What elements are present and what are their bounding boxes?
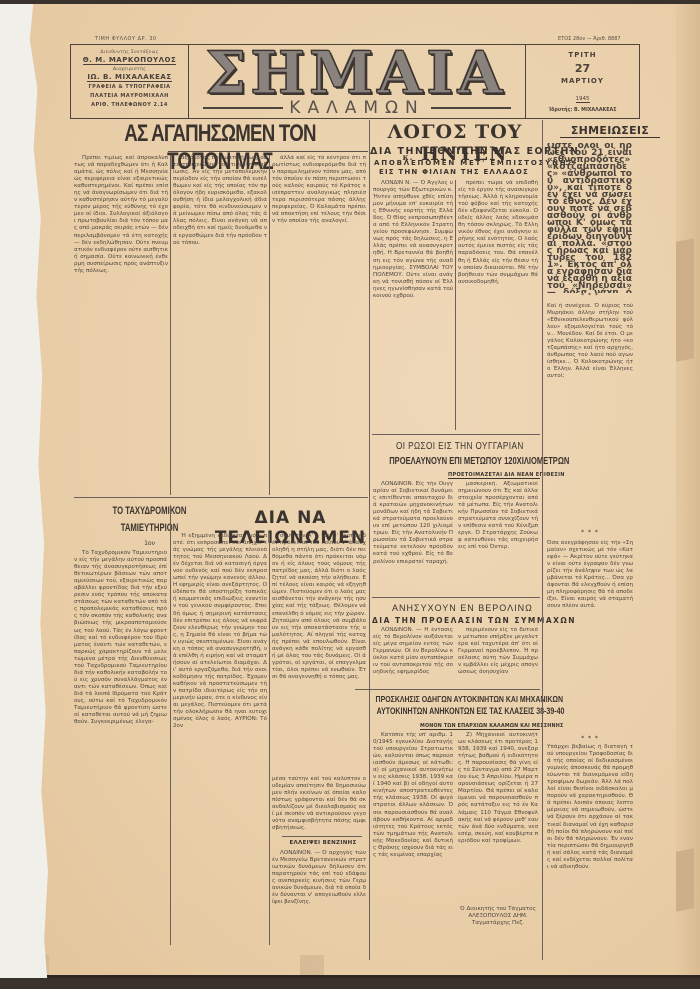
- russians-col-2: μασκερική. Αξιωματικοί σημειώνουν ότι Ές…: [458, 481, 538, 593]
- masthead: Διευθυντής Συντάξεως Θ. Μ. ΜΑΡΚΟΠΟΥΛΟΣ Δ…: [70, 44, 640, 119]
- notes-p3: Όσα ανεγράφησαν είς τήν «Σημαίαν» σχετικ…: [547, 540, 633, 735]
- section-rule: [282, 836, 362, 837]
- notes-separator: * * *: [540, 292, 640, 299]
- eden-deck-1: ΑΠΟΒΛΕΠΟΜΕΝ ΜΕΤ' ΕΜΠΙΣΤΟΣΥΝΗΣ: [374, 159, 534, 167]
- russians-deck: ΠΡΟΕΤΟΙΜΑΖΕΤΑΙ ΔΙΑ ΝΕΑΝ ΕΠΙΘΕΣΙΝ: [448, 472, 540, 479]
- column-rule: [170, 155, 171, 495]
- notes-separator: * * *: [540, 735, 640, 742]
- scan-border-bottom: [0, 978, 700, 989]
- russians-headline-2: ΠΡΟΕΛΑΥΝΟΥΝ ΕΠΙ ΜΕΤΩΠΟΥ 120ΧΙΛΙΟΜΕΤΡΩΝ: [389, 455, 519, 467]
- eden-subhead: ΔΙΑ ΤΗΝ ΕΘΝΙΚΗΝ ΜΑΣ ΕΟΡΤΗΝ: [370, 146, 535, 157]
- issue-number: ΕΤΟΣ 28ον — Άριθ. 8887: [558, 36, 621, 42]
- masthead-credits: Διευθυντής Συντάξεως Θ. Μ. ΜΑΡΚΟΠΟΥΛΟΣ Δ…: [71, 45, 189, 118]
- eden-deck-2: ΕΙΣ ΤΗΝ ΦΙΛΙΑΝ ΤΗΣ ΕΛΛΑΔΟΣ: [374, 168, 534, 176]
- section-rule: [372, 434, 540, 435]
- manager-label: Διαχειριστής: [71, 67, 188, 72]
- director-name: Θ. Μ. ΜΑΡΚΟΠΟΥΛΟΣ: [71, 56, 188, 64]
- weekday: ΤΡΙΤΗ: [526, 51, 639, 59]
- masthead-date: ΤΡΙΤΗ 27 ΜΑΡΤΙΟΥ 1945 Ίδρυτής: Β. ΜΙΧΑΛΑ…: [525, 45, 639, 118]
- manager-name: ΙΩ. Β. ΜΙΧΑΛΑΚΕΑΣ: [71, 73, 188, 81]
- berlin-headline-1: ΑΝΗΣΥΧΟΥΝ ΕΝ ΒΕΡΟΛΙΝΩ: [392, 603, 532, 613]
- drivers-deck: ΜΟΝΟΝ ΤΩΝ ΕΠΑΡΧΙΩΝ ΚΑΛΑΜΩΝ ΚΑΙ ΜΕΣΣΗΝΗΣ: [420, 724, 540, 730]
- petrol-preamble: μέσα ταύτην καί τού καλύπτον ουδεμίαν απ…: [272, 776, 366, 832]
- column-rule: [170, 505, 171, 945]
- scan-border-top: [0, 0, 700, 4]
- subtitle-rule-right: [431, 107, 511, 109]
- column-rule: [455, 180, 456, 430]
- russians-col-1: ΛΟΝΔΙΝΟΝ. Είς τήν Ουγγαρίαν αί Σοβιετικα…: [373, 481, 453, 593]
- notes-separator: * * *: [540, 529, 640, 536]
- director-label: Διευθυντής Συντάξεως: [71, 50, 188, 55]
- main-article-col-3: άλλά καί είς τό κέντρον ότι πρωτίστως εν…: [272, 155, 366, 500]
- finish-col-2: σουν τον Α' ή τόν Β' σκοπόν δέν πρόκειτα…: [272, 533, 366, 773]
- notes-p2: Καί ή συνέχεια. Ό κύριος τού Μυρηάκει άλ…: [547, 303, 633, 528]
- russians-headline-1: ΟΙ ΡΩΣΟΙ ΕΙΣ ΤΗΝ ΟΥΓΓΑΡΙΑΝ: [396, 441, 523, 452]
- postal-article: Τό Ταχυδρομικόν Ταμιευτήριον είς τήν μεγ…: [74, 550, 167, 945]
- column-rule: [542, 120, 543, 960]
- berlin-col-1: ΛΟΝΔΙΝΟΝ. — Η έντασις είς τό Βερολίνον α…: [373, 627, 453, 685]
- drivers-col-2: Ζ) Μηχανικοί αυτοκινήτων κλάσεως έτι προ…: [458, 732, 538, 908]
- section-rule: [372, 597, 540, 598]
- notes-p1: Ωστε όλοι οί ήρωες τού 21 είναι «εθνοπρο…: [547, 143, 633, 293]
- berlin-headline-2: ΔΙΑ ΤΗΝ ΠΡΟΕΛΑΣΙΝ ΤΩΝ ΣΥΜΜΑΧΩΝ: [372, 616, 540, 625]
- petrol-headline: ΕΛΛΕΙΨΕΙ ΒΕΝΖΙΝΗΣ: [278, 840, 368, 846]
- drivers-headline-1: ΠΡΟΣΚΛΗΣΙΣ ΟΔΗΓΩΝ ΑΥΤΟΚΙΝΗΤΩΝ ΚΑΙ ΜΗΧΑΝΙ…: [376, 694, 536, 704]
- drivers-headline-2: ΑΥΤΟΚΙΝΗΤΩΝ ΑΝΗΚΟΝΤΩΝ ΕΙΣ ΤΑΣ ΚΛΑΣΕΙΣ 38…: [377, 706, 529, 717]
- notes-p4: Υπάρχει βεβαίως ή διαταγή τού υπουργείου…: [547, 744, 633, 910]
- paper-stain: [676, 238, 694, 361]
- page-fold: [676, 0, 700, 975]
- drivers-col-1: Κατόπιν τής υπ' αριθμ. 10/1945 εγκυκλίου…: [373, 732, 453, 932]
- offices-line: ΓΡΑΦΕΙΑ & ΤΥΠΟΓΡΑΦΕΙΑ: [71, 84, 188, 90]
- eden-article-col-2: πρέπει τώρα νά επιδοθή είς τό έργον τής …: [458, 180, 538, 430]
- postal-headline: ΤΟ ΤΑΧΥΔΡΟΜΙΚΟΝ ΤΑΜΙΕΥΤΗΡΙΟΝ: [109, 503, 190, 537]
- eden-article-col-1: ΛΟΝΔΙΝ Ν. — Ό Άγγλος υπουργός τών Εξωτερ…: [373, 180, 453, 430]
- founder: Ίδρυτής: Β. ΜΙΧΑΛΑΚΕΑΣ: [526, 108, 639, 113]
- finish-col-1: Ή εξημμένη εκδίδεται διότι ποτέ: ότι εκπ…: [173, 533, 267, 945]
- address-line: ΠΛΑΤΕΙΑ ΜΑΥΡΟΜΙΧΑΛΗ: [71, 93, 188, 99]
- newspaper-subtitle: ΚΑΛΑΜΩΝ: [203, 98, 511, 118]
- day-number: 27: [526, 62, 639, 75]
- headline-rule: [168, 151, 368, 152]
- month: ΜΑΡΤΙΟΥ: [526, 77, 639, 85]
- phone-line: ΑΡΙΘ. ΤΗΛΕΦΩΝΟΥ 2.14: [71, 102, 188, 108]
- notes-headline: ΣΗΜΕΙΩΣΕΙΣ: [560, 124, 660, 138]
- section-rule: [74, 497, 368, 498]
- column-rule: [269, 155, 270, 495]
- main-article-col-2: άξιόλογος πνευματική ζωή, ούτε στοιχειώδ…: [173, 155, 267, 500]
- drivers-signoff: Ό Διοικητής τού Τάγματος ΑΛΕΞΟΠΟΥΛΟΣ ΔΗΜ…: [458, 906, 538, 936]
- paper-stain: [676, 848, 694, 911]
- newspaper-title: ΣΗΜΑΙΑ: [201, 43, 511, 103]
- year: 1945: [576, 96, 590, 103]
- main-article-col-1: Πρέπει τιμίως καί άπροκαλύπτως νά παραδε…: [74, 155, 168, 500]
- issue-price: ΤΙΜΗ ΦΥΛΛΟΥ ΔΡ. 30: [95, 36, 157, 42]
- berlin-col-2: περιμένουν είς τό δυτικόν μέτωπον υπήρξε…: [458, 627, 538, 685]
- subtitle-text: ΚΑΛΑΜΩΝ: [283, 98, 430, 118]
- subtitle-rule-left: [203, 107, 283, 109]
- petrol-article: ΛΟΝΔΙΝΟΝ. — Ό αρχηγός τών έν Μεσογείω Βρ…: [272, 850, 366, 910]
- paper-stain: [300, 955, 324, 975]
- section-rule: [355, 689, 540, 690]
- column-rule: [269, 533, 270, 945]
